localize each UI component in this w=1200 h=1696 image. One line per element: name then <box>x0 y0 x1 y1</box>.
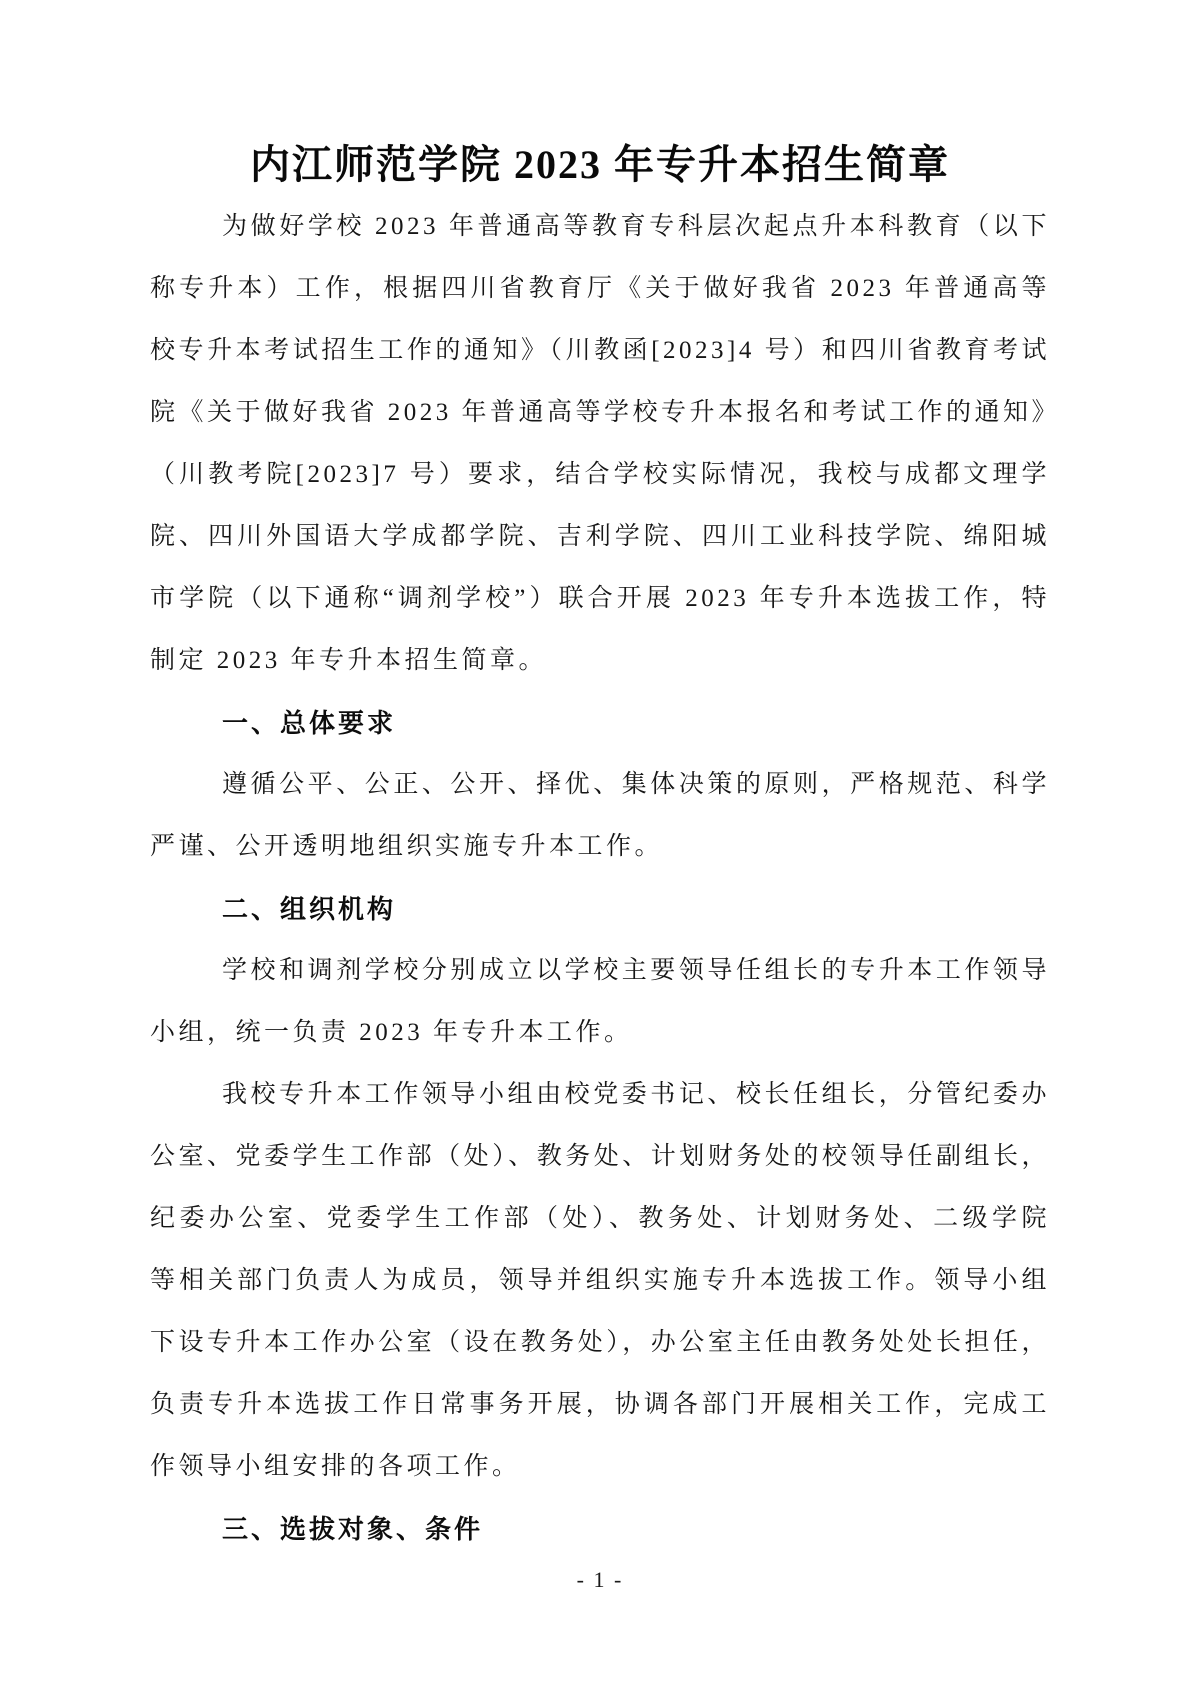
text-line: （川教考院[2023]7 号）要求，结合学校实际情况，我校与成都文理学 <box>150 444 1050 506</box>
section-heading-2: 二、组织机构 <box>150 878 1050 940</box>
text-line: 作领导小组安排的各项工作。 <box>150 1436 1050 1498</box>
text-line: 下设专升本工作办公室（设在教务处），办公室主任由教务处处长担任， <box>150 1312 1050 1374</box>
section-heading-1: 一、总体要求 <box>150 692 1050 754</box>
section-heading-3: 三、选拔对象、条件 <box>150 1498 1050 1560</box>
text-line: 院《关于做好我省 2023 年普通高等学校专升本报名和考试工作的通知》 <box>150 382 1050 444</box>
text-line: 院、四川外国语大学成都学院、吉利学院、四川工业科技学院、绵阳城 <box>150 506 1050 568</box>
text-line: 小组，统一负责 2023 年专升本工作。 <box>150 1002 1050 1064</box>
text-line: 制定 2023 年专升本招生简章。 <box>150 630 1050 692</box>
text-line: 为做好学校 2023 年普通高等教育专科层次起点升本科教育（以下简 <box>150 196 1050 258</box>
text-line: 学校和调剂学校分别成立以学校主要领导任组长的专升本工作领导 <box>150 940 1050 1002</box>
text-line: 校专升本考试招生工作的通知》（川教函[2023]4 号）和四川省教育考试 <box>150 320 1050 382</box>
document-title: 内江师范学院 2023 年专升本招生简章 <box>0 140 1200 190</box>
text-line: 严谨、公开透明地组织实施专升本工作。 <box>150 816 1050 878</box>
text-line: 市学院（以下通称“调剂学校”）联合开展 2023 年专升本选拔工作，特 <box>150 568 1050 630</box>
text-line: 负责专升本选拔工作日常事务开展，协调各部门开展相关工作，完成工 <box>150 1374 1050 1436</box>
text-line: 公室、党委学生工作部（处）、教务处、计划财务处的校领导任副组长， <box>150 1126 1050 1188</box>
document-body: 为做好学校 2023 年普通高等教育专科层次起点升本科教育（以下简 称专升本）工… <box>150 196 1050 1560</box>
text-line: 称专升本）工作，根据四川省教育厅《关于做好我省 2023 年普通高等学 <box>150 258 1050 320</box>
text-line: 遵循公平、公正、公开、择优、集体决策的原则，严格规范、科学 <box>150 754 1050 816</box>
document-page: 内江师范学院 2023 年专升本招生简章 为做好学校 2023 年普通高等教育专… <box>0 0 1200 1696</box>
text-line: 我校专升本工作领导小组由校党委书记、校长任组长，分管纪委办 <box>150 1064 1050 1126</box>
text-line: 等相关部门负责人为成员，领导并组织实施专升本选拔工作。领导小组 <box>150 1250 1050 1312</box>
page-number: - 1 - <box>0 1566 1200 1594</box>
text-line: 纪委办公室、党委学生工作部（处）、教务处、计划财务处、二级学院 <box>150 1188 1050 1250</box>
